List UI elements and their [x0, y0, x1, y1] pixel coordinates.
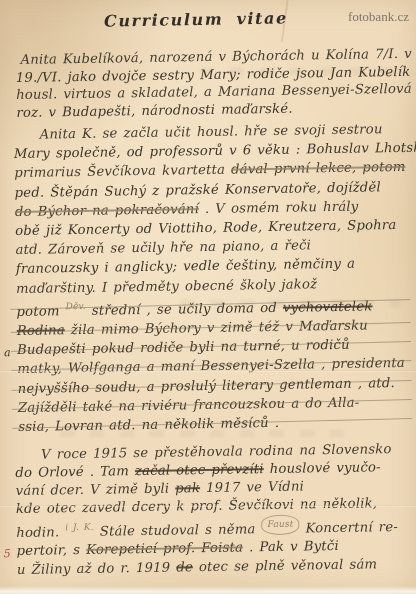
fold-crease [0, 370, 416, 372]
handwritten-text: 1917 ve Vídni [200, 480, 304, 497]
handwritten-text: pertoir, s [16, 543, 86, 559]
handwritten-text: houslové vyučo- [264, 460, 381, 477]
fold-crease [0, 505, 416, 507]
margin-annotation: 5 [4, 546, 11, 564]
paragraph: Anita K. se začla učit housl. hře se svo… [14, 120, 411, 437]
paragraph: V roce 1915 se přestěhovala rodina na Sl… [15, 441, 409, 580]
handwritten-text: . Pak v Bytči [243, 539, 339, 556]
inserted-annotation: Děv. [65, 302, 85, 312]
margin-annotation: a [4, 343, 11, 362]
handwritten-text: atd. Zároveň se učily hře na piano, a ře… [15, 239, 311, 259]
handwritten-text: Rodina [17, 323, 65, 339]
handwritten-text: do Orlové . Tam [15, 464, 135, 481]
ink-bleedthrough [60, 430, 360, 437]
page-title: Curriculum vitae [104, 8, 288, 30]
handwritten-text: roz. v Budapešti, národnosti maďarské. [16, 101, 293, 120]
handwritten-text: Stále studoval s něma [94, 523, 262, 541]
handwritten-text: otec se plně věnoval sám [193, 557, 377, 575]
handwritten-text: hodin. [16, 526, 65, 542]
handwritten-text: potom [16, 304, 65, 320]
handwritten-text: primarius Ševčíkova kvartetta [14, 163, 231, 181]
handwritten-text: Koncertní re- [299, 520, 398, 537]
paragraph: Anita Kubelíková, narozená v Býchorách u… [15, 46, 408, 122]
watermark: fotobank.cz [348, 9, 409, 25]
handwritten-text: dával první lekce, potom [231, 160, 406, 178]
manuscript-page: fotobank.cz Curriculum vitae Anita Kubel… [0, 0, 416, 594]
handwritten-text: žila mimo Býchory v zimě též v Maďarsku [65, 319, 368, 339]
handwritten-text: vání dcer. V zimě byli [16, 482, 176, 500]
handwritten-text: . V osmém roku hrály [199, 199, 359, 217]
handwritten-text: u Žiliny až do r. 1919 [17, 560, 177, 578]
handwritten-text: pak [175, 481, 200, 496]
handwritten-text: Korepeticí prof. Foista [86, 541, 243, 558]
handwritten-text: de [176, 560, 193, 575]
handwritten-text: do Býchor na pokračování [15, 202, 199, 220]
ink-bleedthrough [200, 68, 400, 75]
handwritten-text: maďarštiny. I předměty obecné školy jako… [16, 277, 317, 297]
scan-edge [0, 586, 416, 594]
handwritten-text: začal otec převzíti [135, 462, 264, 479]
ink-bleedthrough [180, 300, 400, 307]
inserted-annotation: Faust [261, 515, 299, 536]
inserted-annotation: i J. K. [65, 523, 94, 533]
